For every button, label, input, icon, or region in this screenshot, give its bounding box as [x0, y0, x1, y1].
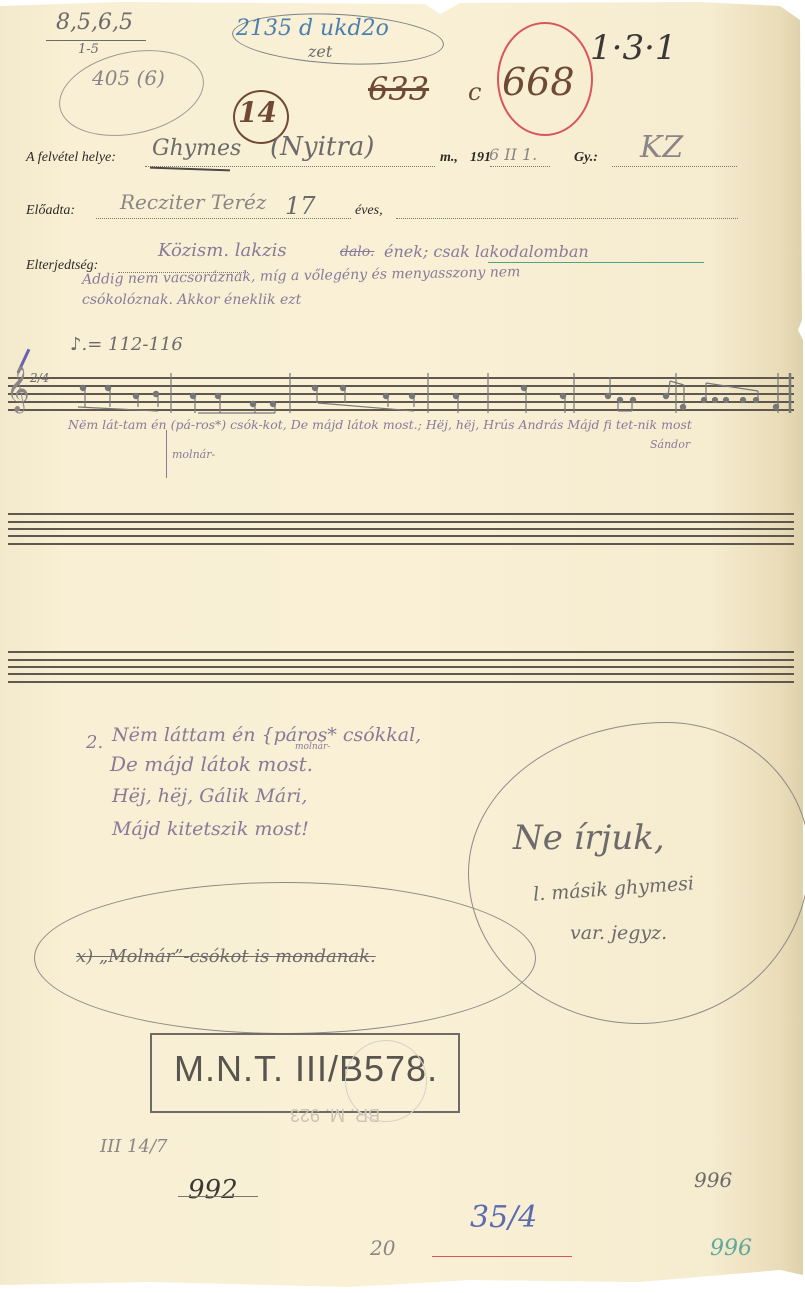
performer-value: Recziter Teréz [120, 190, 266, 214]
blue-fraction: 35/4 [470, 1200, 537, 1235]
fraction-bar [46, 40, 146, 41]
county-value: (Nyitra) [270, 132, 374, 162]
verse-line-1-alt: molnár- [295, 742, 330, 752]
age-dots [396, 218, 738, 219]
fraction-bottom: 1-5 [78, 42, 99, 57]
note-line-2: csókolóznak. Akkor éneklik ezt [82, 292, 301, 308]
music-staff-1: 𝄞 2/4 [8, 377, 794, 411]
verse-line-2: De májd látok most. [110, 752, 313, 776]
footnote-text: x) „Molnár”-csókot is mondanak. [76, 946, 376, 967]
letter-c: c [468, 78, 481, 106]
verse-line-1: Nëm láttam én {páros* csókkal, [112, 724, 421, 746]
time-signature: 2/4 [30, 371, 49, 385]
age-value: 17 [285, 192, 316, 220]
music-staff-2 [8, 513, 794, 545]
collector-label: Gy.: [574, 150, 598, 166]
handwritten-notes [8, 363, 794, 423]
age-label: éves, [355, 203, 383, 219]
bottom-left-code: III 14/7 [100, 1136, 167, 1157]
brown-circled-number: 14 [238, 96, 277, 129]
year-handwritten: 6 II 1. [489, 145, 537, 164]
blue-note-sub: zet [308, 42, 332, 61]
lyrics-alt-2: Sándor [650, 438, 690, 451]
distribution-value-2: ének; csak lakodalomban [384, 242, 589, 261]
collector-dots [612, 166, 737, 167]
year-dots [490, 166, 550, 167]
circled-note: 405 (6) [92, 66, 165, 90]
verse-line-3: Hëj, hëj, Gálik Mári, [112, 785, 307, 807]
year-printed: 191 [470, 150, 491, 166]
number-996-green: 996 [710, 1236, 752, 1261]
verse-number: 2. [86, 732, 103, 753]
place-dots [145, 166, 435, 167]
green-underline [488, 262, 704, 263]
performer-label: Előadta: [26, 203, 75, 219]
red-circled-number: 668 [502, 60, 575, 104]
place-label: A felvétel helye: [26, 150, 116, 166]
side-note-line-3: var. jegyz. [570, 922, 667, 944]
treble-clef-icon: 𝄞 [6, 369, 30, 409]
number-996-pencil: 996 [694, 1168, 732, 1192]
bracket-1 [166, 430, 167, 478]
verse-line-4: Májd kitetszik most! [112, 818, 309, 840]
top-right-code: 1·3·1 [590, 28, 677, 68]
collector-value: KZ [640, 130, 683, 165]
place-value: Ghymes [152, 136, 241, 161]
side-note-line-1: Ne írjuk, [513, 818, 665, 858]
blue-note: 2135 d ukd2o [236, 16, 389, 41]
faint-stamp-circle [345, 1040, 427, 1122]
music-staff-3 [8, 651, 794, 683]
lyrics-line: Nëm lát-tam én (pá-ros*) csók-kot, De má… [68, 417, 692, 432]
fraction-top: 8,5,6,5 [56, 10, 133, 35]
tempo-marking: ♪.= 112-116 [70, 334, 183, 355]
number-992-line [178, 1196, 258, 1197]
red-line [432, 1256, 572, 1257]
number-20: 20 [370, 1236, 395, 1260]
county-suffix: m., [440, 150, 458, 166]
distribution-value-1: Közism. lakzis [158, 240, 287, 261]
lyrics-alt-1: molnár- [172, 448, 215, 461]
distribution-struck: dalo. [340, 244, 374, 260]
struck-number: 633 [368, 70, 429, 108]
number-992: 992 [188, 1175, 238, 1205]
